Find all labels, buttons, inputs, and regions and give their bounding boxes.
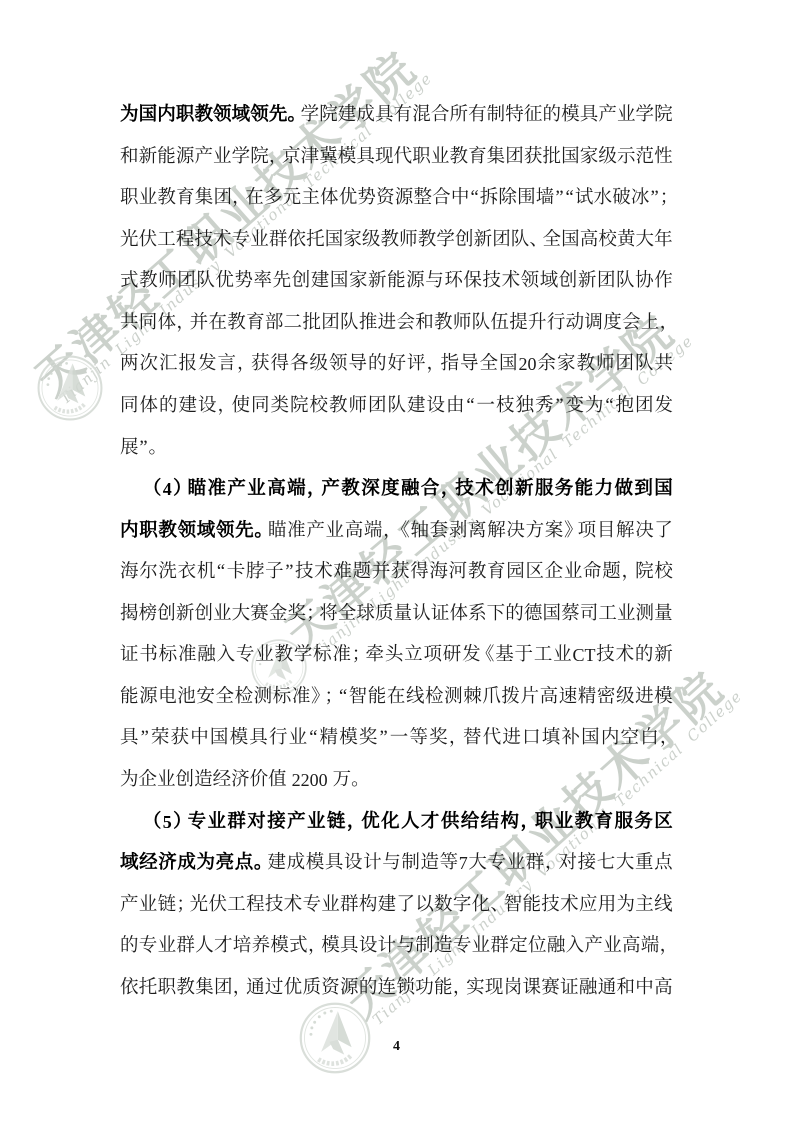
text-line: 同体的建设，使同类院校教师团队建设由“一枝独秀”变为“抱团发 [120, 395, 673, 437]
text-line: 依托职教集团，通过优质资源的连锁功能，实现岗课赛证融通和中高 [120, 977, 673, 1019]
page-number: 4 [0, 1039, 793, 1055]
text-line: 和新能源产业学院，京津冀模具现代职业教育集团获批国家级示范性 [120, 146, 673, 188]
document-page: 天津轻工职业技术学院 Tianjin Light Industry Vocati… [0, 0, 793, 1122]
text-line: 两次汇报发言，获得各级领导的好评，指导全国20余家教师团队共 [120, 353, 673, 395]
text-line: 域经济成为亮点。建成模具设计与制造等7大专业群，对接七大重点 [120, 852, 673, 894]
text-line: 产业链；光伏工程技术专业群构建了以数字化、智能技术应用为主线 [120, 894, 673, 936]
text-line: 具”荣获中国模具行业“精模奖”一等奖，替代进口填补国内空白， [120, 727, 673, 769]
text-line: （4）瞄准产业高端，产教深度融合，技术创新服务能力做到国 [120, 478, 673, 520]
text-line: （5）专业群对接产业链，优化人才供给结构，职业教育服务区 [120, 811, 673, 853]
text-body: 为国内职教领域领先。学院建成具有混合所有制特征的模具产业学院和新能源产业学院，京… [120, 104, 673, 1018]
college-seal-icon [36, 354, 104, 422]
text-line: 展”。 [120, 437, 673, 479]
text-line: 揭榜创新创业大赛金奖；将全球质量认证体系下的德国蔡司工业测量 [120, 603, 673, 645]
text-line: 为企业创造经济价值2200万。 [120, 769, 673, 811]
text-line: 光伏工程技术专业群依托国家级教师教学创新团队、全国高校黄大年 [120, 229, 673, 271]
text-line: 能源电池安全检测标准》；“智能在线检测棘爪拨片高速精密级进模 [120, 686, 673, 728]
text-line: 共同体，并在教育部二批团队推进会和教师队伍提升行动调度会上， [120, 312, 673, 354]
text-line: 职业教育集团，在多元主体优势资源整合中“拆除围墙”“试水破冰”； [120, 187, 673, 229]
text-line: 证书标准融入专业教学标准；牵头立项研发《基于工业CT技术的新 [120, 644, 673, 686]
text-line: 的专业群人才培养模式，模具设计与制造专业群定位融入产业高端， [120, 935, 673, 977]
text-line: 为国内职教领域领先。学院建成具有混合所有制特征的模具产业学院 [120, 104, 673, 146]
text-line: 式教师团队优势率先创建国家新能源与环保技术领域创新团队协作 [120, 270, 673, 312]
text-line: 海尔洗衣机“卡脖子”技术难题并获得海河教育园区企业命题，院校 [120, 561, 673, 603]
text-line: 内职教领域领先。瞄准产业高端，《轴套剥离解决方案》项目解决了 [120, 520, 673, 562]
